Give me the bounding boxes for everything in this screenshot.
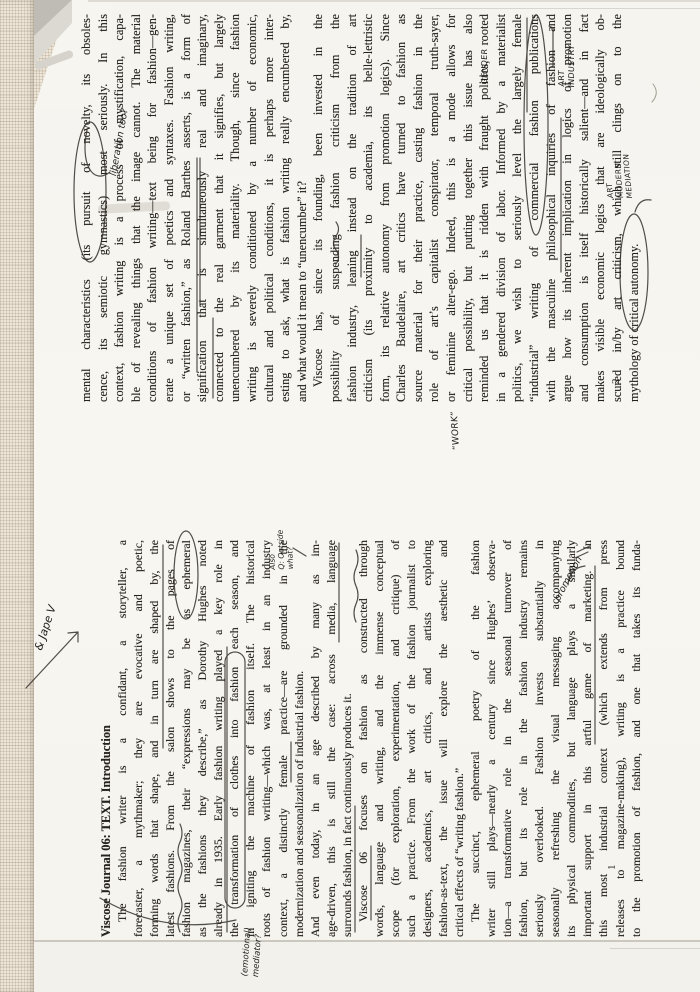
text-line: possibility of suspending fashion critic…	[327, 14, 344, 402]
handwriting-also-q-outside: Also Q: Outside what?	[267, 529, 295, 570]
text-line: role of art’s capitalist conspirator, te…	[426, 14, 443, 402]
book-cloth-edge-texture	[0, 0, 34, 992]
text-line: esting to ask, what is fashion writing r…	[277, 14, 294, 402]
text-line: tion—a transformative role in the season…	[499, 540, 515, 937]
handwriting-emotional-mediator: (emotional) mediator?	[240, 927, 264, 978]
text-line: fashion magazines, their “expressions ma…	[178, 540, 194, 937]
text-line: the transformation of clothes into fashi…	[226, 540, 242, 937]
text-line: forming words that shape, and in turn ar…	[146, 540, 162, 937]
text-line: cence, its semiotic gymnastics) most ser…	[95, 14, 112, 402]
text-line: or feminine alter-ego. Indeed, this is a…	[443, 14, 460, 402]
text-line: conditions of fashion writing—text being…	[144, 14, 161, 402]
text-line: fashion, but its role in the fashion ind…	[515, 540, 531, 937]
handwriting-what: what?	[285, 529, 295, 569]
text-line: to the promotion of fashion, and one tha…	[628, 540, 644, 937]
text-line: form, its relative autonomy from promoti…	[377, 14, 394, 402]
handwriting-jape: & Jape V	[32, 603, 59, 652]
text-line: in a gendered division of labor. Informe…	[493, 14, 510, 402]
text-line: modernization and seasonalization of ind…	[291, 540, 307, 937]
text-line: as the fashions they describe,” as Dorot…	[194, 540, 210, 937]
text-line: surrounds fashion, in fact continuously …	[339, 540, 355, 937]
text-line: Viscose 06 focuses on fashion as constru…	[355, 540, 371, 937]
text-line: age-driven, this is still the case: acro…	[323, 540, 339, 937]
handwriting-art: ART	[557, 43, 567, 87]
text-line: Viscose Journal 06: TEXT. Introduction	[98, 540, 114, 937]
text-line: fashion industry, leaning instead on the…	[344, 14, 361, 402]
page-number-1: 1	[606, 865, 618, 871]
text-line: forecaster, a mythmaker; they are evocat…	[130, 540, 146, 937]
text-line: its physical commodities, but language p…	[563, 540, 579, 937]
text-line: The fashion writer is a confidant, a sto…	[114, 540, 130, 937]
page-number-2: 2	[610, 379, 622, 385]
text-line: scured in/by art criticism, which still …	[609, 14, 626, 402]
text-line: this most industrial context (which exte…	[595, 540, 611, 937]
text-line: And even today, in an age described by m…	[307, 540, 323, 937]
text-line: makes visible economic logics that are i…	[592, 14, 609, 402]
handwriting-art-industry: ART INDUSTRY	[557, 43, 576, 88]
text-line: writer still plays—nearly a century sinc…	[483, 540, 499, 937]
handwriting-industry: INDUSTRY	[567, 44, 577, 88]
text-line: critical possibility, but putting togeth…	[460, 14, 477, 402]
text-line: important support in this artful game of…	[579, 540, 595, 937]
text-line: and consumption is itself historically s…	[576, 14, 593, 402]
text-line: unencumbered by its materiality. Though,…	[227, 14, 244, 402]
paper-below-fold	[34, 942, 700, 992]
handwriting-art-modern-mediation: ART MODERN MEDIATION	[602, 153, 635, 198]
handwriting-gender: GENDER	[480, 48, 489, 85]
paper-edge-line	[610, 948, 700, 949]
scan-top-edge	[88, 0, 700, 2]
paper-fold-line	[34, 940, 700, 942]
text-line: in igniting the machine of fashion itsel…	[242, 540, 258, 937]
text-line: connected to the real garment that it si…	[211, 14, 228, 402]
text-line: source material for their practice, cast…	[410, 14, 427, 402]
text-line: mental characteristics (its pursuit of n…	[78, 14, 95, 402]
pencil-mark	[652, 84, 656, 102]
text-line: context, a distinctly female practice—ar…	[275, 540, 291, 937]
text-line: context, fashion writing is a process of…	[111, 14, 128, 402]
text-line: such a practice. From the work of the fa…	[403, 540, 419, 937]
text-line: seriously overlooked. Fashion invests su…	[531, 540, 547, 937]
text-line: cultural and political conditions, it is…	[261, 14, 278, 402]
text-line: erate a unique set of poetics and syntax…	[161, 14, 178, 402]
text-line: “industrial” writing of commercial fashi…	[526, 14, 543, 402]
text-line: latest fashions. From the salon shows to…	[162, 540, 178, 937]
text-line: critical effects of “writing fashion.”	[451, 540, 467, 937]
text-line: fashion-as-text, the issue will explore …	[435, 540, 451, 937]
text-line: criticism (its proximity to academia, it…	[360, 14, 377, 402]
text-line: or “written fashion,” as Roland Barthes …	[178, 14, 195, 402]
text-line: scope (for exploration, experimentation,…	[387, 540, 403, 937]
text-line: Charles Baudelaire, art critics have tur…	[393, 14, 410, 402]
text-line: mythology of critical autonomy.	[626, 14, 643, 402]
handwriting-work: “WORK”	[450, 411, 462, 450]
text-line: ble of revealing things that the image c…	[128, 14, 145, 402]
text-line: politics, we wish to seriously level the…	[509, 14, 526, 402]
text-line: designers, academics, art critics, and a…	[419, 540, 435, 937]
text-line: Viscose has, since its founding, been in…	[310, 14, 327, 402]
text-line: roots of fashion writing—which was, at l…	[258, 540, 274, 937]
scan-top-edge-line	[420, 8, 700, 9]
text-line: releases to magazine-making), writing is…	[612, 540, 628, 937]
text-line: and what would it mean to “unencumber” i…	[294, 14, 311, 402]
text-line: words, language and writing, and the imm…	[371, 540, 387, 937]
text-line: signification that is simultaneously rea…	[194, 14, 211, 402]
text-line: already in 1935. Early fashion writing p…	[210, 540, 226, 937]
scanned-document: mental characteristics (its pursuit of n…	[0, 0, 700, 992]
text-line: writing is severely conditioned by a num…	[244, 14, 261, 402]
text-line: The succinct, ephemeral poetry of the fa…	[467, 540, 483, 937]
